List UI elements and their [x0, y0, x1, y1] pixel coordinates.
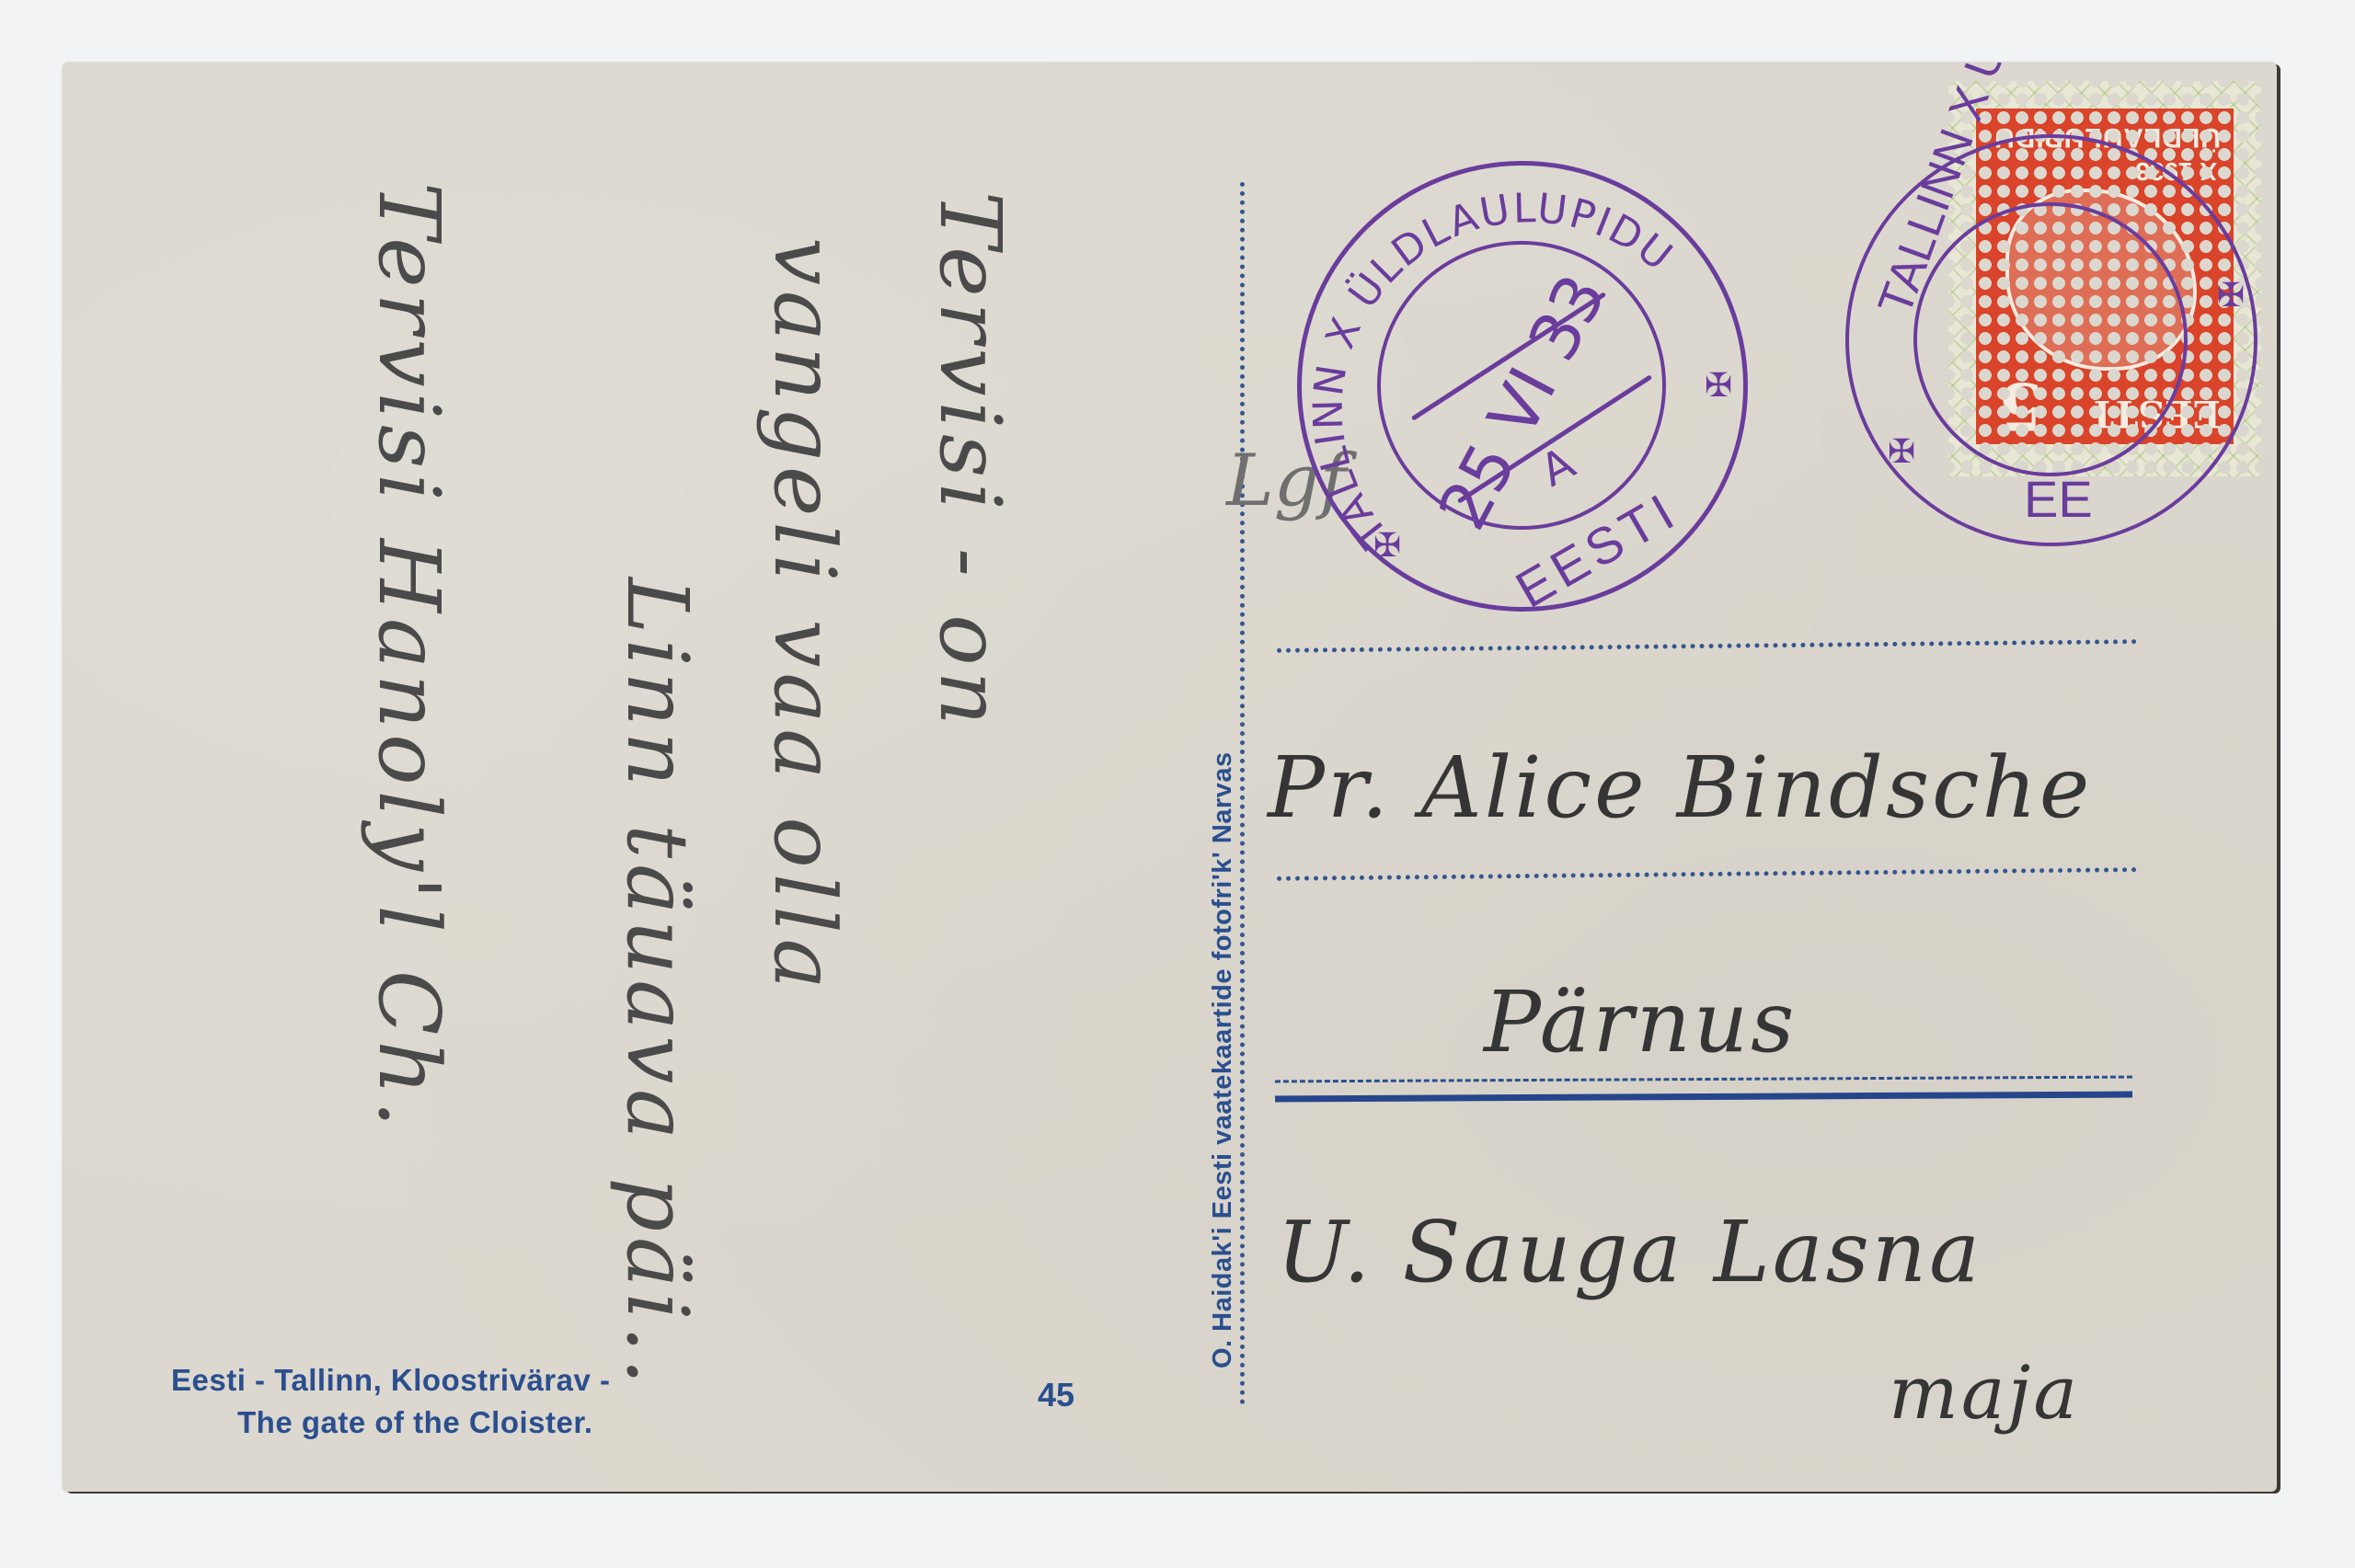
- card-number: 45: [1038, 1376, 1074, 1414]
- postmark-main: TALLINN X ÜLDLAULUPIDU 25 VI 33 A EESTI …: [1297, 161, 1748, 612]
- message-line-4: Tervisi Hanoly'l Ch.: [360, 182, 458, 1133]
- center-divider: [1240, 182, 1245, 1405]
- address-line-1: [1277, 639, 2137, 653]
- message-line-3: Linn täuava päi..: [608, 578, 706, 1391]
- postmark-cross-icon: ✠: [1705, 366, 1732, 405]
- caption-line-1: Eesti - Tallinn, Kloostrivärav -: [171, 1363, 611, 1397]
- postmark-secondary: TALLINN X Ü EE ✠ ✠: [1845, 134, 2257, 546]
- recipient-street: U. Sauga Lasna: [1277, 1203, 1982, 1301]
- address-line-2: [1277, 867, 2137, 881]
- city-underline: [1275, 1076, 2132, 1103]
- postmark-cross-icon: ✠: [1888, 432, 1915, 471]
- message-line-2: vangeli vaa olla: [755, 237, 854, 995]
- postmark-secondary-country: EE: [2024, 469, 2093, 529]
- postmark-cross-icon: ✠: [1373, 526, 1401, 565]
- card-caption: Eesti - Tallinn, Kloostrivärav - The gat…: [171, 1359, 611, 1444]
- recipient-street-cont: maja: [1889, 1350, 2080, 1436]
- printer-imprint: O. Haidak'i Eesti vaatekaartide fotofri'…: [1208, 751, 1238, 1368]
- recipient-city: Pärnus: [1484, 973, 1797, 1071]
- postcard: Tervisi - on vangeli vaa olla Linn täuav…: [63, 63, 2277, 1492]
- caption-line-2: The gate of the Cloister.: [171, 1402, 611, 1444]
- message-line-1: Tervisi - on: [921, 191, 1019, 731]
- postmark-cross-icon: ✠: [2217, 276, 2245, 315]
- recipient-name: Pr. Alice Bindsche: [1268, 738, 2092, 837]
